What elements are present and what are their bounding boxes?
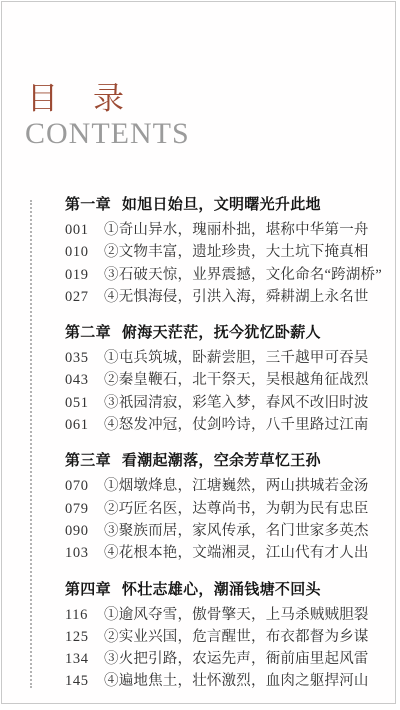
toc-row: 061④怒发冲冠，仗剑吟诗，八千里路过江南 [65,414,388,436]
toc-row: 010②文物丰富，遗址珍贵，大土坑下掩真相 [65,241,388,263]
page-number: 070 [65,475,104,497]
toc-row: 019③石破天惊，业界震撼，文化命名“跨湖桥” [65,264,388,286]
chapter-heading: 第四章怀壮志雄心，潮涌钱塘不回头 [65,579,388,601]
entry-text: ①奇山异水，瑰丽朴拙，堪称中华第一舟 [104,219,388,241]
toc-row: 125②实业兴国，危言醒世，布衣都督为乡谋 [65,626,388,648]
chapter-title: 看潮起潮落，空余芳草忆王孙 [122,453,321,469]
toc-row: 001①奇山异水，瑰丽朴拙，堪称中华第一舟 [65,219,388,241]
chapter-1: 第一章如旭日始旦，文明曙光升此地 001①奇山异水，瑰丽朴拙，堪称中华第一舟 0… [65,194,388,308]
toc-row: 035①屯兵筑城，卧薪尝胆，三千越甲可吞吴 [65,347,388,369]
toc-row: 051③祇园清寂，彩笔入梦，春风不改旧时波 [65,392,388,414]
entry-text: ④遍地焦土，壮怀激烈，血肉之躯捍河山 [104,670,388,692]
toc-row: 103④花根本艳，文端湘灵，江山代有才人出 [65,542,388,564]
page-title-english: CONTENTS [25,117,190,151]
chapter-label: 第三章 [65,453,111,469]
page-number: 090 [65,520,104,542]
entry-text: ④无惧海侵，引洪入海，舜耕湖上永名世 [104,286,388,308]
chapter-label: 第四章 [65,582,111,598]
toc-row: 090③聚族而居，家风传承，名门世家多英杰 [65,520,388,542]
dotted-margin-divider [30,200,32,688]
page-number: 145 [65,670,104,692]
entry-text: ②实业兴国，危言醒世，布衣都督为乡谋 [104,626,388,648]
chapter-title: 俯海天茫茫，抚今犹忆卧薪人 [122,325,321,341]
entry-text: ③火把引路，农运先声，衙前庙里起风雷 [104,648,388,670]
toc-row: 070①烟墩烽息，江塘巍然，两山拱城若金汤 [65,475,388,497]
page-number: 019 [65,264,104,286]
page-number: 116 [65,604,104,626]
chapter-label: 第一章 [65,197,111,213]
chapter-heading: 第三章看潮起潮落，空余芳草忆王孙 [65,450,388,472]
entry-text: ③石破天惊，业界震撼，文化命名“跨湖桥” [104,264,388,286]
entry-text: ②文物丰富，遗址珍贵，大土坑下掩真相 [104,241,388,263]
page-number: 125 [65,626,104,648]
table-of-contents: 第一章如旭日始旦，文明曙光升此地 001①奇山异水，瑰丽朴拙，堪称中华第一舟 0… [65,194,388,707]
entry-text: ①逾风夺雪，傲骨擎天，上马杀贼贼胆裂 [104,604,388,626]
page-number: 010 [65,241,104,263]
page-number: 035 [65,347,104,369]
chapter-4: 第四章怀壮志雄心，潮涌钱塘不回头 116①逾风夺雪，傲骨擎天，上马杀贼贼胆裂 1… [65,579,388,693]
toc-row: 079②巧匠名医，达尊尚书，为朝为民有忠臣 [65,498,388,520]
page-number: 134 [65,648,104,670]
chapter-3: 第三章看潮起潮落，空余芳草忆王孙 070①烟墩烽息，江塘巍然，两山拱城若金汤 0… [65,450,388,564]
entry-text: ②秦皇鞭石，北干祭天，吴根越角征战烈 [104,369,388,391]
page-number: 043 [65,369,104,391]
entry-text: ③祇园清寂，彩笔入梦，春风不改旧时波 [104,392,388,414]
chapter-label: 第二章 [65,325,111,341]
toc-row: 043②秦皇鞭石，北干祭天，吴根越角征战烈 [65,369,388,391]
page-number: 001 [65,219,104,241]
page-number: 103 [65,542,104,564]
chapter-heading: 第二章俯海天茫茫，抚今犹忆卧薪人 [65,322,388,344]
toc-row: 116①逾风夺雪，傲骨擎天，上马杀贼贼胆裂 [65,604,388,626]
entry-text: ①烟墩烽息，江塘巍然，两山拱城若金汤 [104,475,388,497]
chapter-title: 如旭日始旦，文明曙光升此地 [122,197,321,213]
toc-row: 145④遍地焦土，壮怀激烈，血肉之躯捍河山 [65,670,388,692]
chapter-title: 怀壮志雄心，潮涌钱塘不回头 [122,582,321,598]
entry-text: ②巧匠名医，达尊尚书，为朝为民有忠臣 [104,498,388,520]
page-number: 061 [65,414,104,436]
entry-text: ①屯兵筑城，卧薪尝胆，三千越甲可吞吴 [104,347,388,369]
entry-text: ③聚族而居，家风传承，名门世家多英杰 [104,520,388,542]
entry-text: ④怒发冲冠，仗剑吟诗，八千里路过江南 [104,414,388,436]
page-number: 051 [65,392,104,414]
chapter-2: 第二章俯海天茫茫，抚今犹忆卧薪人 035①屯兵筑城，卧薪尝胆，三千越甲可吞吴 0… [65,322,388,436]
toc-row: 027④无惧海侵，引洪入海，舜耕湖上永名世 [65,286,388,308]
chapter-heading: 第一章如旭日始旦，文明曙光升此地 [65,194,388,216]
page-number: 079 [65,498,104,520]
page-title-chinese: 目 录 [27,82,126,116]
page-number: 027 [65,286,104,308]
entry-text: ④花根本艳，文端湘灵，江山代有才人出 [104,542,388,564]
toc-row: 134③火把引路，农运先声，衙前庙里起风雷 [65,648,388,670]
